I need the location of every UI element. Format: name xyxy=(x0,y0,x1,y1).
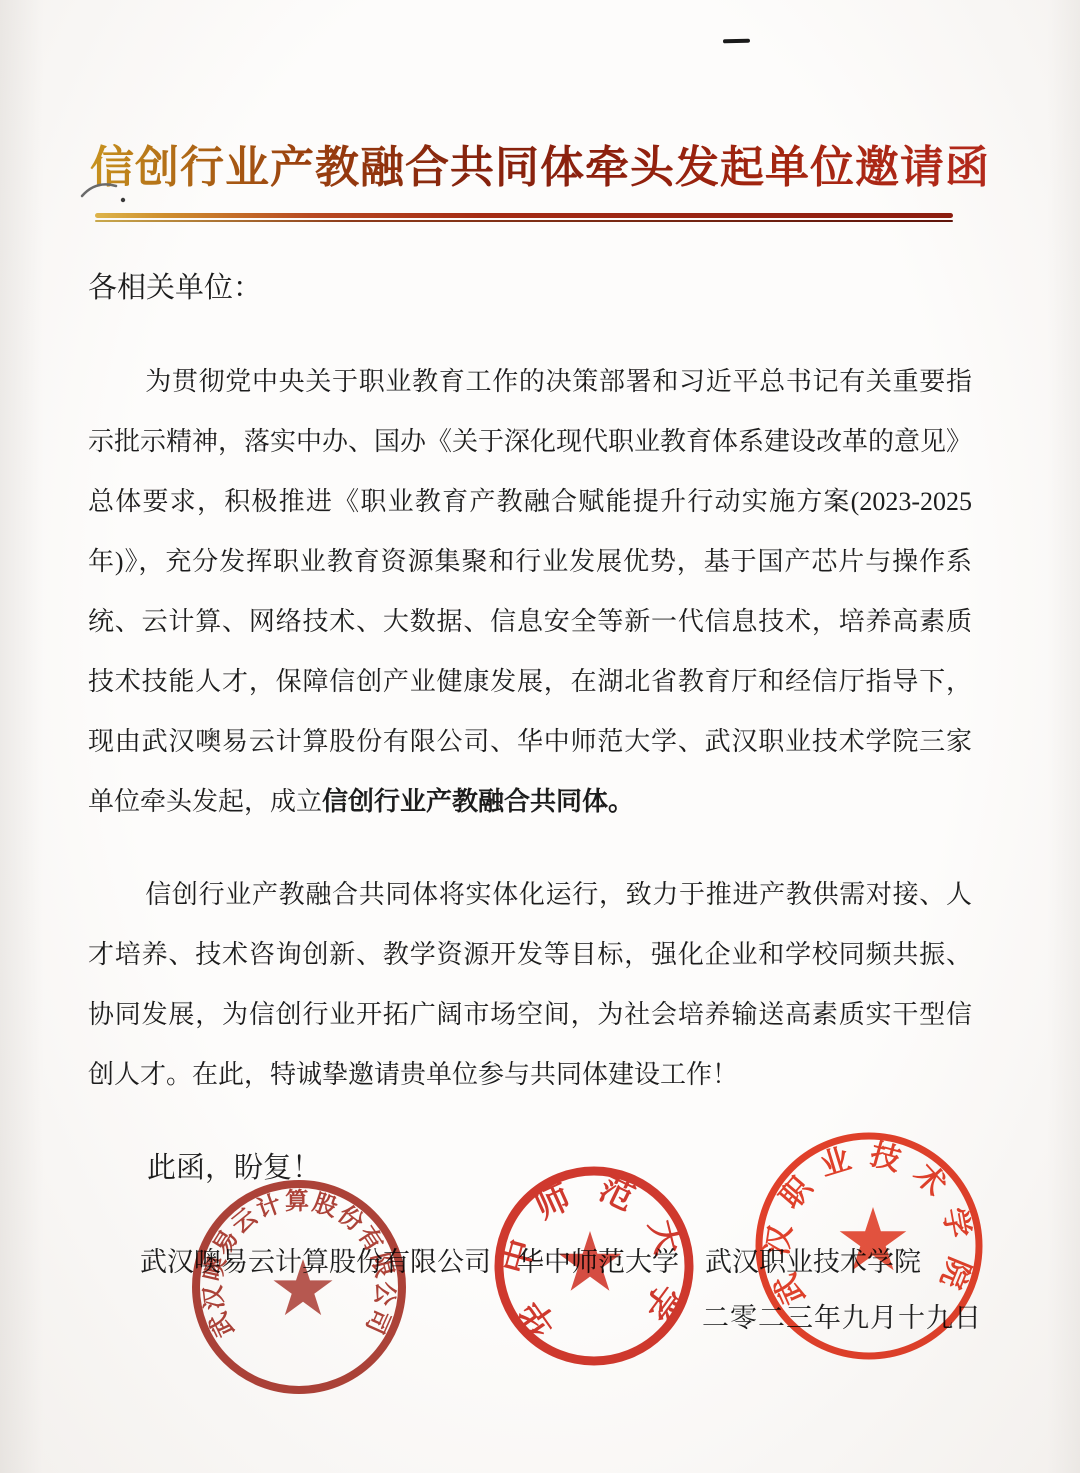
title-divider xyxy=(95,213,953,222)
college-seal: 武汉职业技术学院 xyxy=(749,1126,989,1366)
para1-line-1: 为贯彻党中央关于职业教育工作的决策部署和习近平总书记有关重要指 xyxy=(88,352,972,412)
page-title: 信创行业产教融合共同体牵头发起单位邀请函 xyxy=(90,131,990,195)
para2-line-2: 才培养、技术咨询创新、教学资源开发等目标，强化企业和学校同频共振、 xyxy=(88,925,972,985)
paragraph-1: 为贯彻党中央关于职业教育工作的决策部署和习近平总书记有关重要指 示批示精神，落实… xyxy=(88,352,972,832)
para1-line-2: 示批示精神，落实中办、国办《关于深化现代职业教育体系建设改革的意见》 xyxy=(88,412,972,472)
para1-line-5: 统、云计算、网络技术、大数据、信息安全等新一代信息技术，培养高素质 xyxy=(88,592,972,652)
star-icon xyxy=(840,1207,907,1270)
divider-thin-line xyxy=(95,220,953,222)
para2-line-1: 信创行业产教融合共同体将实体化运行，致力于推进产教供需对接、人 xyxy=(88,865,972,925)
university-seal-1: 华中师范大学 xyxy=(489,1161,699,1371)
star-icon xyxy=(274,1259,333,1315)
para1-line-3: 总体要求，积极推进《职业教育产教融合赋能提升行动实施方案(2023-2025 xyxy=(88,472,972,532)
star-icon xyxy=(559,1231,622,1291)
pencil-mark xyxy=(76,170,146,210)
para2-line-3: 协同发展，为信创行业开拓广阔市场空间，为社会培养输送高素质实干型信 xyxy=(88,985,972,1045)
para1-end-bold: 信创行业产教融合共同体。 xyxy=(322,787,634,816)
paragraph-2: 信创行业产教融合共同体将实体化运行，致力于推进产教供需对接、人 才培养、技术咨询… xyxy=(88,865,972,1105)
salutation: 各相关单位： xyxy=(88,268,262,308)
para1-line-4: 年)》，充分发挥职业教育资源集聚和行业发展优势，基于国产芯片与操作系 xyxy=(88,532,972,592)
para1-line-7: 现由武汉噢易云计算股份有限公司、华中师范大学、武汉职业技术学院三家 xyxy=(88,712,972,772)
title-row: 信创行业产教融合共同体牵头发起单位邀请函 xyxy=(0,131,1080,195)
company-seal: 武汉噢易云计算股份有限公司 xyxy=(184,1172,414,1402)
divider-main-line xyxy=(95,213,953,218)
para1-line-8: 单位牵头发起，成立信创行业产教融合共同体。 xyxy=(88,772,972,832)
para2-line-4: 创人才。在此，特诚挚邀请贵单位参与共同体建设工作！ xyxy=(88,1045,972,1105)
letter-page: 信创行业产教融合共同体牵头发起单位邀请函 各相关单位： 为贯彻党中央关于职业教育… xyxy=(0,0,1080,1473)
para1-line-6: 技术技能人才，保障信创产业健康发展，在湖北省教育厅和经信厅指导下， xyxy=(88,652,972,712)
para1-end-normal: 单位牵头发起，成立 xyxy=(88,787,322,816)
stray-dash-mark xyxy=(723,39,750,44)
